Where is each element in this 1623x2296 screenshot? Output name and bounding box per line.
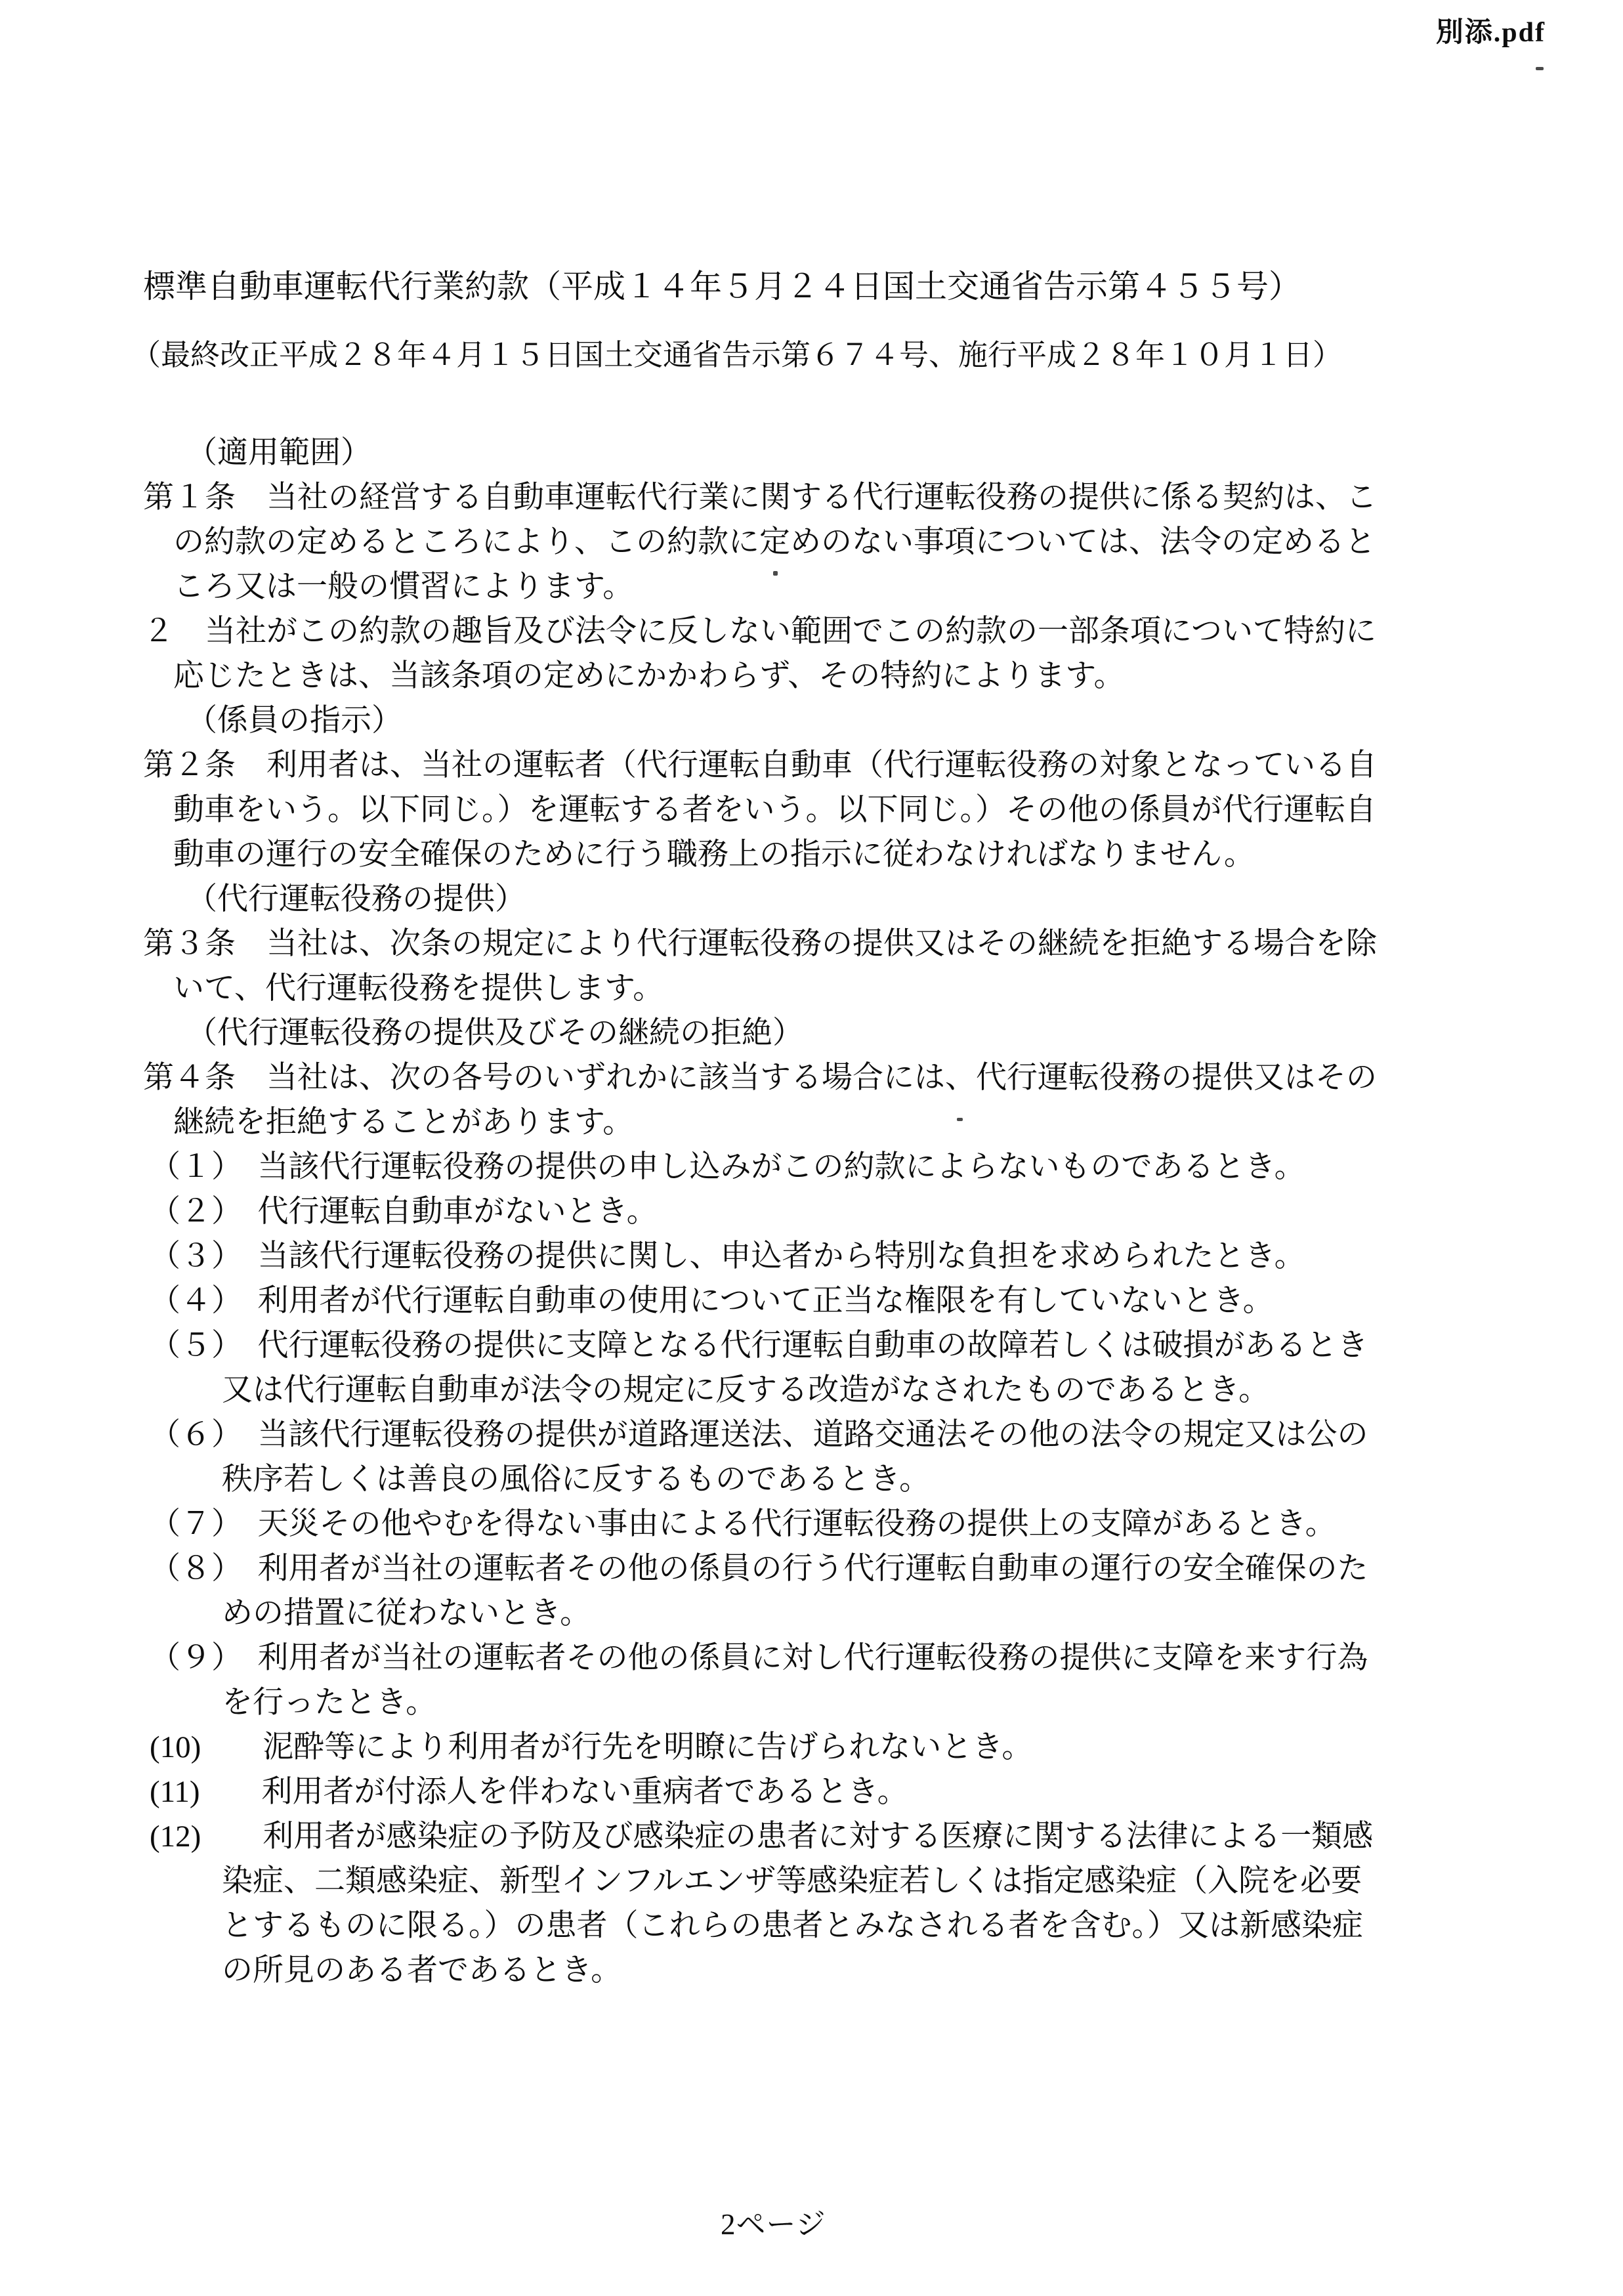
- document-line: （４） 利用者が代行運転自動車の使用について正当な権限を有していないとき。: [143, 1279, 1429, 1323]
- document-body: （適用範囲）第１条 当社の経営する自動車運転代行業に関する代行運転役務の提供に係…: [143, 431, 1429, 1993]
- document-line: （６） 当該代行運転役務の提供が道路運送法、道路交通法その他の法令の規定又は公の: [143, 1413, 1429, 1457]
- document-line: 秩序若しくは善良の風俗に反するものであるとき。: [143, 1457, 1429, 1502]
- document-line: ころ又は一般の慣習によります。: [143, 564, 1429, 609]
- document-line: 又は代行運転自動車が法令の規定に反する改造がなされたものであるとき。: [143, 1368, 1429, 1413]
- document-line: 第４条 当社は、次の各号のいずれかに該当する場合には、代行運転役務の提供又はその: [143, 1055, 1429, 1100]
- document-line: （５） 代行運転役務の提供に支障となる代行運転自動車の故障若しくは破損があるとき: [143, 1323, 1429, 1368]
- document-title: 標準自動車運転代行業約款（平成１４年５月２４日国土交通省告示第４５５号）: [143, 261, 1301, 307]
- document-line: (10) 泥酔等により利用者が行先を明瞭に告げられないとき。: [143, 1725, 1429, 1770]
- document-line: （２） 代行運転自動車がないとき。: [143, 1189, 1429, 1234]
- document-line: 第２条 利用者は、当社の運転者（代行運転自動車（代行運転役務の対象となっている自: [143, 743, 1429, 788]
- document-line: 動車をいう。以下同じ。）を運転する者をいう。以下同じ。）その他の係員が代行運転自: [143, 788, 1429, 832]
- document-line: の所見のある者であるとき。: [143, 1948, 1429, 1993]
- document-line: （代行運転役務の提供及びその継続の拒絶）: [143, 1011, 1429, 1055]
- document-line: （７） 天災その他やむを得ない事由による代行運転役務の提供上の支障があるとき。: [143, 1502, 1429, 1546]
- document-line: （係員の指示）: [143, 698, 1429, 743]
- document-line: （１） 当該代行運転役務の提供の申し込みがこの約款によらないものであるとき。: [143, 1145, 1429, 1189]
- document-line: 応じたときは、当該条項の定めにかかわらず、その特約によります。: [143, 654, 1429, 698]
- document-line: めの措置に従わないとき。: [143, 1591, 1429, 1636]
- document-line: （適用範囲）: [143, 431, 1429, 475]
- scan-artifact: [1536, 67, 1544, 70]
- document-revision-note: （最終改正平成２８年４月１５日国土交通省告示第６７４号、施行平成２８年１０月１日…: [131, 331, 1342, 373]
- document-line: とするものに限る。）の患者（これらの患者とみなされる者を含む。）又は新感染症: [143, 1903, 1429, 1948]
- document-line: 動車の運行の安全確保のために行う職務上の指示に従わなければなりません。: [143, 832, 1429, 877]
- document-line: （８） 利用者が当社の運転者その他の係員の行う代行運転自動車の運行の安全確保のた: [143, 1546, 1429, 1591]
- document-line: を行ったとき。: [143, 1680, 1429, 1725]
- document-line: （９） 利用者が当社の運転者その他の係員に対し代行運転役務の提供に支障を来す行為: [143, 1636, 1429, 1680]
- document-line: の約款の定めるところにより、この約款に定めのない事項については、法令の定めると: [143, 520, 1429, 564]
- attachment-filename-label: 別添.pdf: [1436, 11, 1546, 50]
- document-line: （代行運転役務の提供）: [143, 877, 1429, 922]
- document-line: 第３条 当社は、次条の規定により代行運転役務の提供又はその継続を拒絶する場合を除: [143, 922, 1429, 966]
- scanned-document-page: 別添.pdf 標準自動車運転代行業約款（平成１４年５月２４日国土交通省告示第４５…: [0, 0, 1623, 2296]
- document-line: ２ 当社がこの約款の趣旨及び法令に反しない範囲でこの約款の一部条項について特約に: [143, 609, 1429, 654]
- document-line: (11) 利用者が付添人を伴わない重病者であるとき。: [143, 1770, 1429, 1814]
- document-line: いて、代行運転役務を提供します。: [143, 966, 1429, 1011]
- page-number-footer: 2ページ: [721, 2200, 826, 2243]
- document-line: 染症、二類感染症、新型インフルエンザ等感染症若しくは指定感染症（入院を必要: [143, 1859, 1429, 1903]
- document-line: (12) 利用者が感染症の予防及び感染症の患者に対する医療に関する法律による一類…: [143, 1814, 1429, 1859]
- document-line: 第１条 当社の経営する自動車運転代行業に関する代行運転役務の提供に係る契約は、こ: [143, 475, 1429, 520]
- document-line: （３） 当該代行運転役務の提供に関し、申込者から特別な負担を求められたとき。: [143, 1234, 1429, 1279]
- document-line: 継続を拒絶することがあります。: [143, 1100, 1429, 1145]
